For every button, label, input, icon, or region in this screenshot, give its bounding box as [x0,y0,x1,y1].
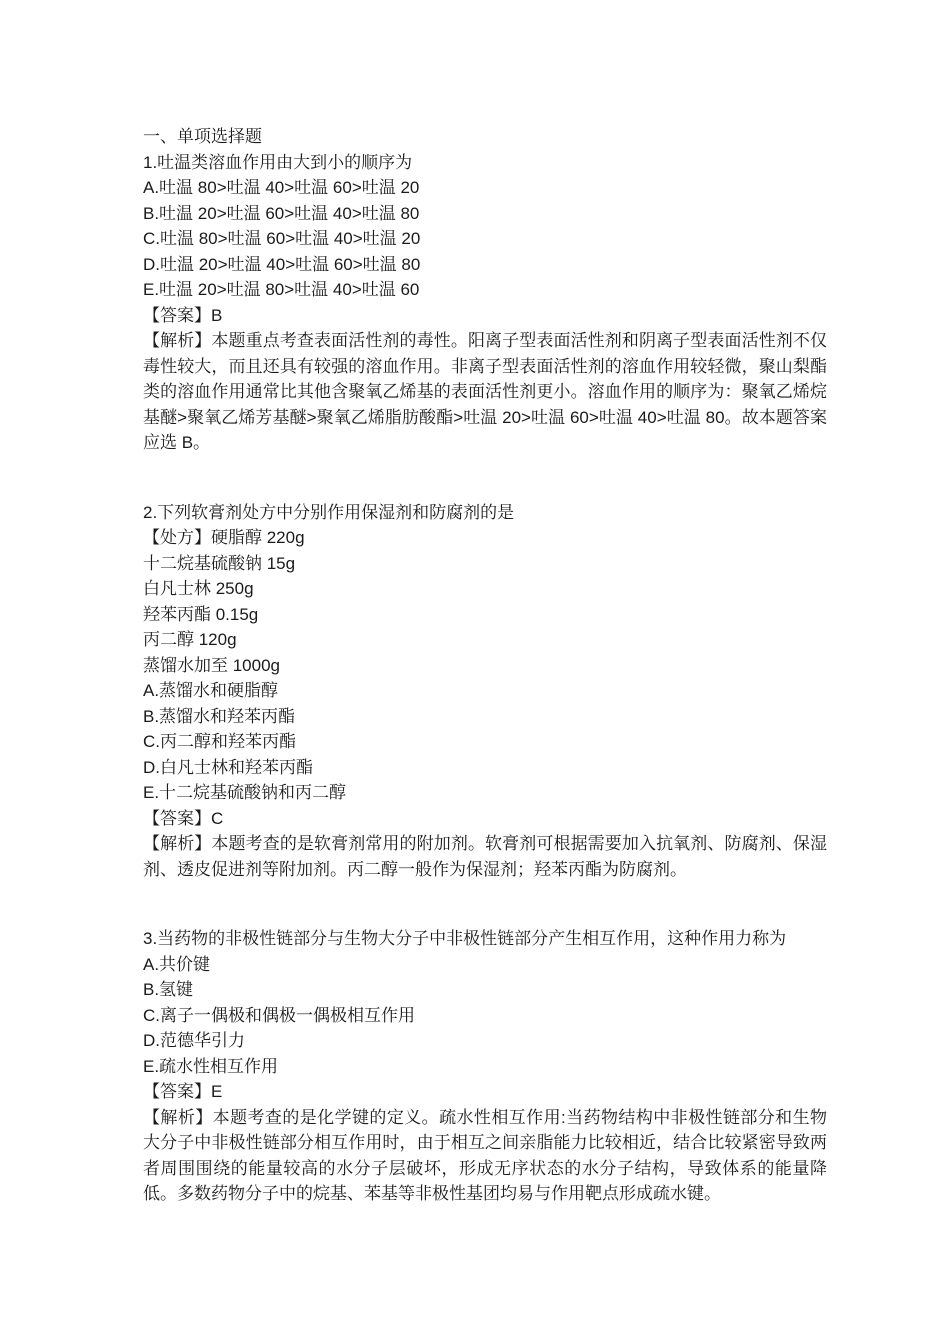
question-1-option-e: E.吐温 20>吐温 80>吐温 40>吐温 60 [143,277,827,303]
question-2-analysis: 【解析】本题考查的是软膏剂常用的附加剂。软膏剂可根据需要加入抗氧剂、防腐剂、保湿… [143,831,827,882]
question-2-prescription-line-5: 丙二醇 120g [143,627,827,653]
question-2-prescription-line-1: 【处方】硬脂醇 220g [143,525,827,551]
question-1-option-d: D.吐温 20>吐温 40>吐温 60>吐温 80 [143,252,827,278]
question-2-option-b: B.蒸馏水和羟苯丙酯 [143,704,827,730]
question-1-option-a: A.吐温 80>吐温 40>吐温 60>吐温 20 [143,175,827,201]
question-1-answer: 【答案】B [143,303,827,329]
question-2-stem: 2.下列软膏剂处方中分别作用保湿剂和防腐剂的是 [143,500,827,526]
question-2-option-c: C.丙二醇和羟苯丙酯 [143,729,827,755]
document-content: 一、单项选择题 1.吐温类溶血作用由大到小的顺序为 A.吐温 80>吐温 40>… [143,124,827,1207]
question-1-analysis: 【解析】本题重点考查表面活性剂的毒性。阳离子型表面活性剂和阴离子型表面活性剂不仅… [143,328,827,456]
question-2-prescription-line-2: 十二烷基硫酸钠 15g [143,551,827,577]
question-3-option-d: D.范德华引力 [143,1028,827,1054]
question-1-stem: 1.吐温类溶血作用由大到小的顺序为 [143,150,827,176]
question-2-prescription-line-6: 蒸馏水加至 1000g [143,653,827,679]
question-3-answer: 【答案】E [143,1079,827,1105]
section-title: 一、单项选择题 [143,124,827,150]
question-3-analysis: 【解析】本题考查的是化学键的定义。疏水性相互作用:当药物结构中非极性链部分和生物… [143,1105,827,1207]
question-3-option-c: C.离子一偶极和偶极一偶极相互作用 [143,1003,827,1029]
question-2: 2.下列软膏剂处方中分别作用保湿剂和防腐剂的是 【处方】硬脂醇 220g 十二烷… [143,500,827,883]
question-3-option-e: E.疏水性相互作用 [143,1054,827,1080]
question-3-stem: 3.当药物的非极性链部分与生物大分子中非极性链部分产生相互作用，这种作用力称为 [143,926,827,952]
question-2-answer: 【答案】C [143,806,827,832]
question-2-option-e: E.十二烷基硫酸钠和丙二醇 [143,780,827,806]
question-1-option-c: C.吐温 80>吐温 60>吐温 40>吐温 20 [143,226,827,252]
question-3-option-a: A.共价键 [143,952,827,978]
question-2-option-a: A.蒸馏水和硬脂醇 [143,678,827,704]
question-2-option-d: D.白凡士林和羟苯丙酯 [143,755,827,781]
question-2-prescription-line-4: 羟苯丙酯 0.15g [143,602,827,628]
question-1-option-b: B.吐温 20>吐温 60>吐温 40>吐温 80 [143,201,827,227]
question-3: 3.当药物的非极性链部分与生物大分子中非极性链部分产生相互作用，这种作用力称为 … [143,926,827,1207]
question-3-option-b: B.氢键 [143,977,827,1003]
question-1: 1.吐温类溶血作用由大到小的顺序为 A.吐温 80>吐温 40>吐温 60>吐温… [143,150,827,456]
question-2-prescription-line-3: 白凡士林 250g [143,576,827,602]
document-page: 一、单项选择题 1.吐温类溶血作用由大到小的顺序为 A.吐温 80>吐温 40>… [0,0,950,1344]
